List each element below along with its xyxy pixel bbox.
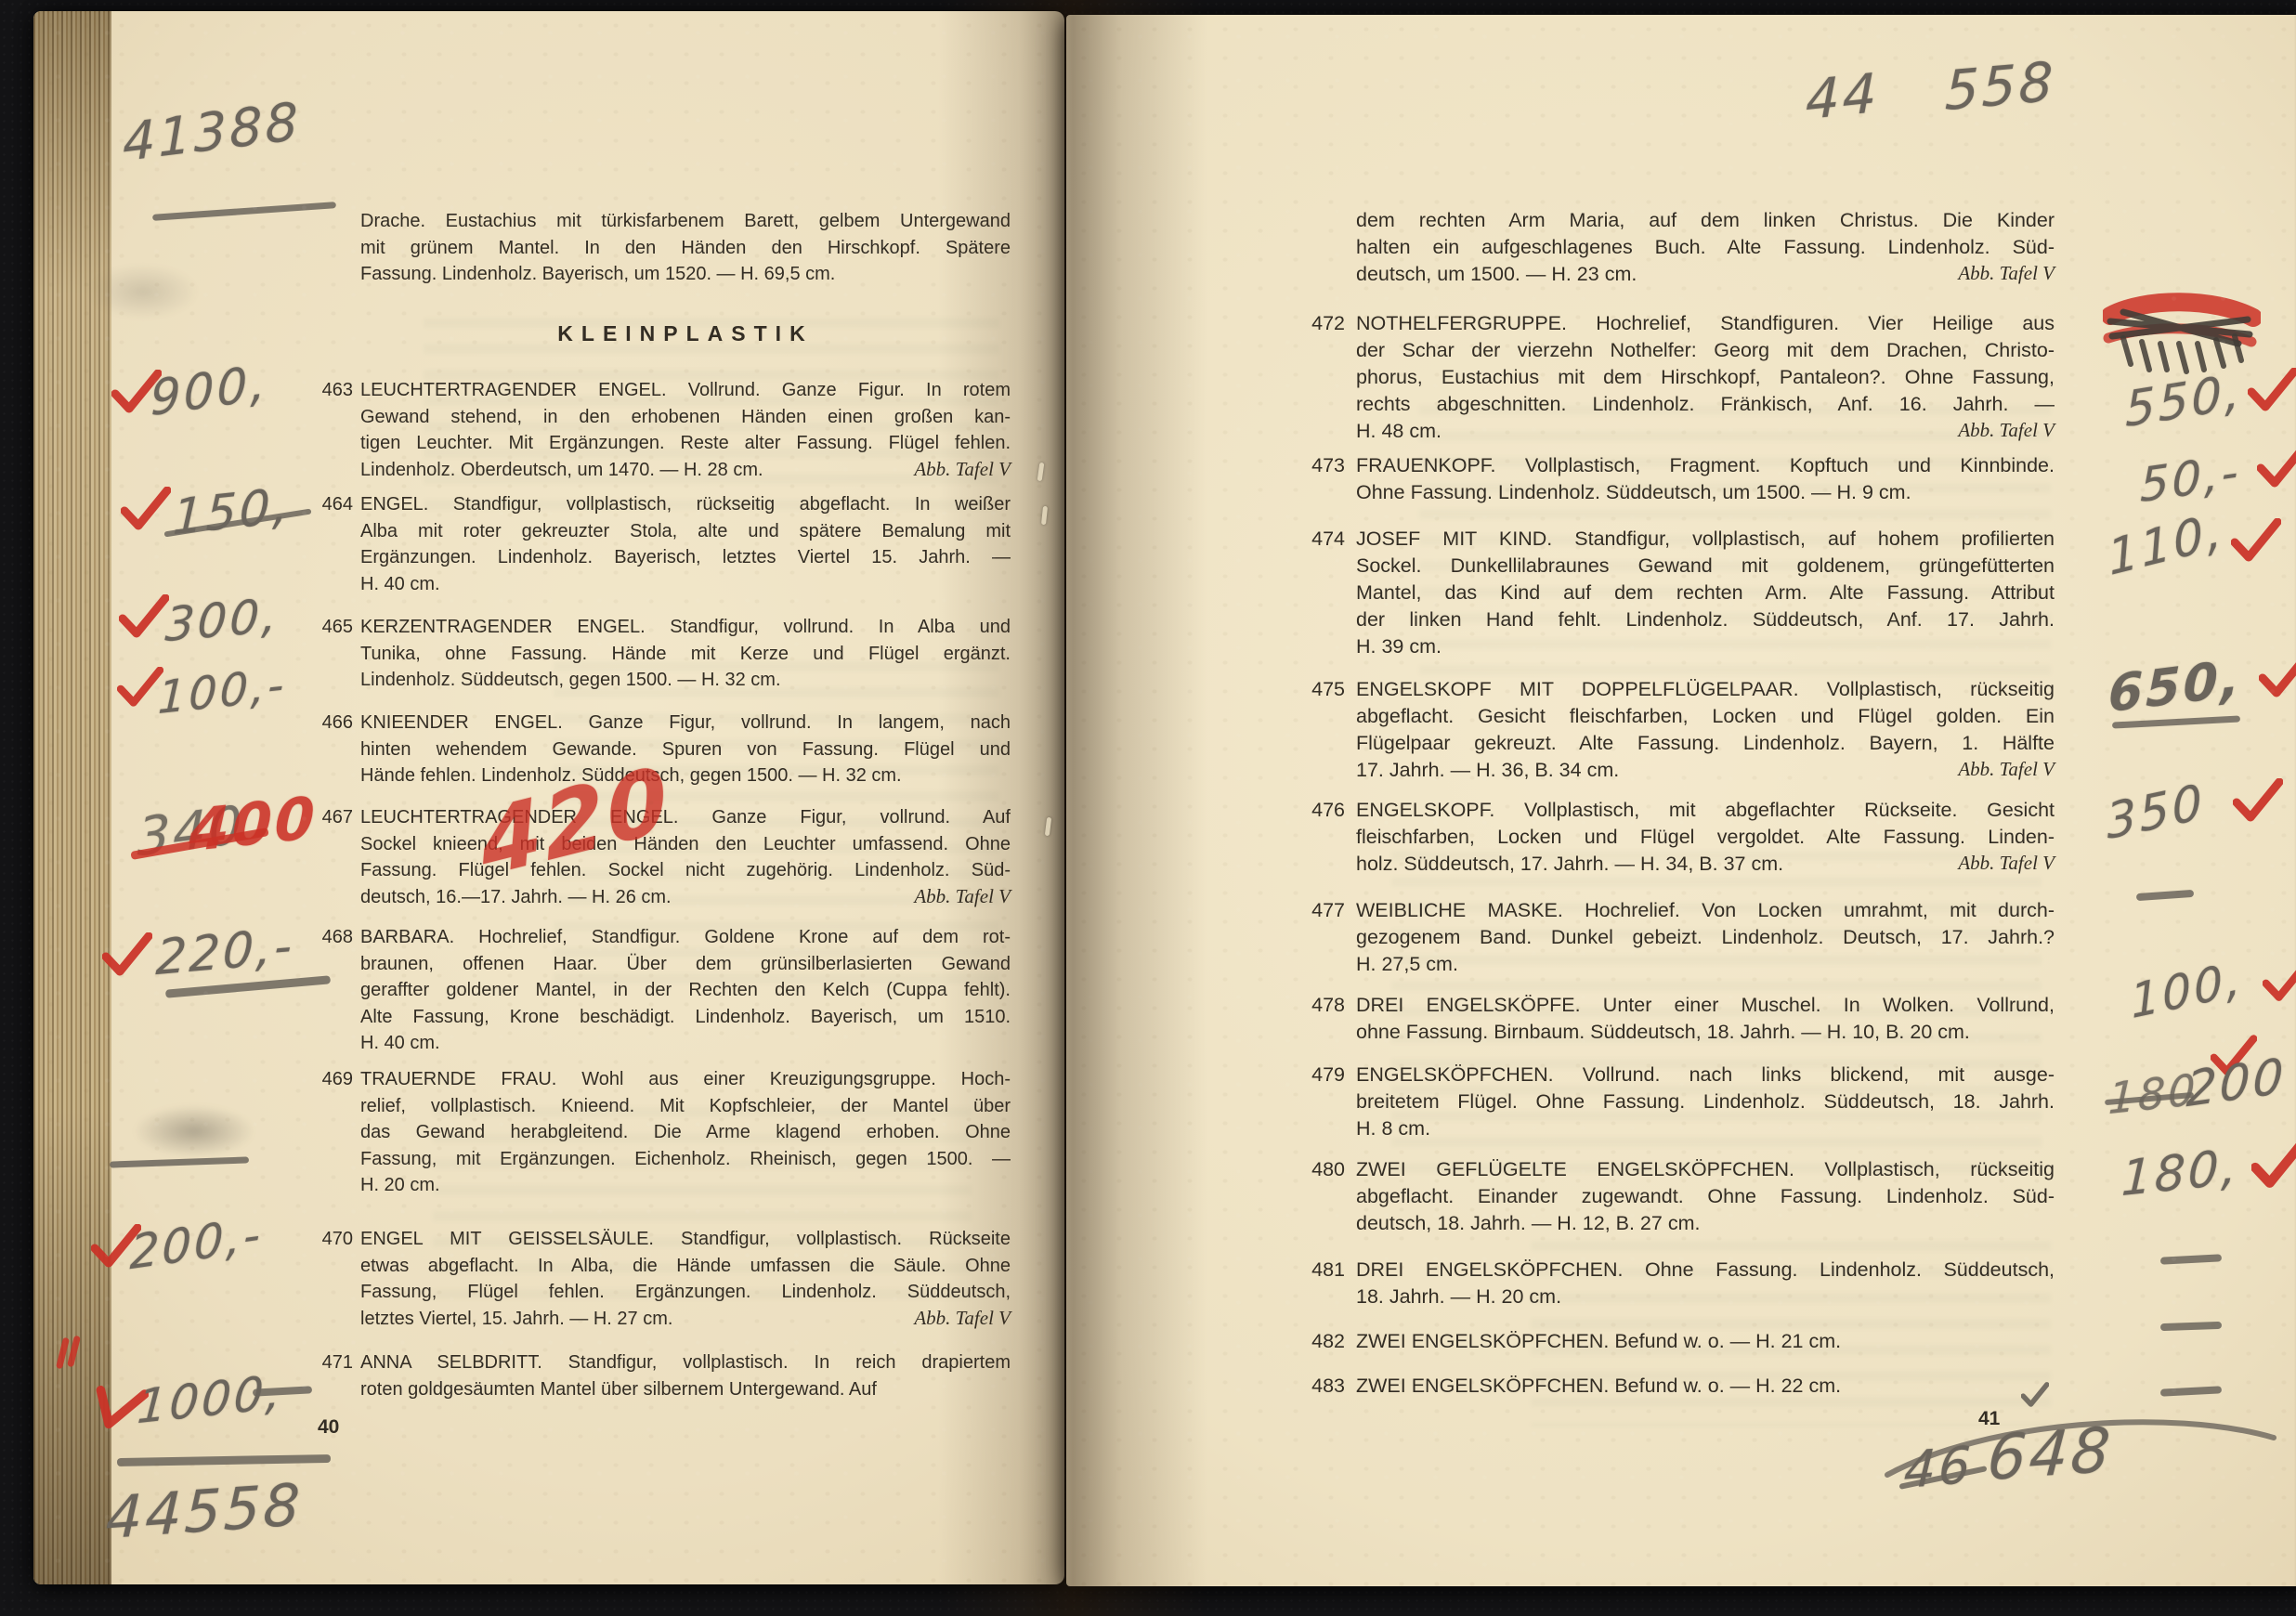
red-check-icon: [2231, 518, 2281, 563]
text-line: KERZENTRAGENDER ENGEL. Standfigur, vollr…: [360, 614, 1011, 641]
text-line: DREI ENGELSKÖPFE. Unter einer Muschel. I…: [1356, 992, 2055, 1019]
catalog-item: 473 FRAUENKOPF. Vollplastisch, Fragment.…: [1356, 452, 2055, 506]
item-lines: WEIBLICHE MASKE. Hochrelief. Von Locken …: [1356, 897, 2055, 978]
catalog-item: 466 KNIEENDER ENGEL. Ganze Figur, vollru…: [360, 710, 1011, 789]
plate-reference: Abb. Tafel V: [1958, 756, 2055, 783]
handwritten-total-old: 46: [1902, 1435, 1975, 1500]
handwritten-price: 100,-: [157, 658, 287, 724]
item-lines: ZWEI ENGELSKÖPFCHEN. Befund w. o. — H. 2…: [1356, 1373, 2055, 1400]
text-line: abgeflacht. Gesicht fleischfarben, Locke…: [1356, 703, 2055, 730]
text-line: H. 20 cm.: [360, 1172, 1011, 1199]
text-line: Mantel, das Kind auf dem rechten Arm. Al…: [1356, 580, 2055, 606]
text-line: ENGELSKOPF. Vollplastisch, mit abgeflach…: [1356, 797, 2055, 824]
red-check-icon: [117, 667, 163, 708]
text-line: phorus, Eustachius mit dem Hirschkopf, P…: [1356, 364, 2055, 391]
catalog-item: 481 DREI ENGELSKÖPFCHEN. Ohne Fassung. L…: [1356, 1257, 2055, 1310]
pencil-underline: [152, 202, 336, 221]
text-line: ZWEI ENGELSKÖPFCHEN. Befund w. o. — H. 2…: [1356, 1373, 2055, 1400]
text-line: ZWEI GEFLÜGELTE ENGELSKÖPFCHEN. Vollplas…: [1356, 1156, 2055, 1183]
catalog-item: 463 LEUCHTERTRAGENDER ENGEL. Vollrund. G…: [360, 377, 1011, 483]
text-line: fleischfarben, Locken und Flügel vergold…: [1356, 824, 2055, 851]
text-line: TRAUERNDE FRAU. Wohl aus einer Kreuzigun…: [360, 1066, 1011, 1093]
catalog-item: 483 ZWEI ENGELSKÖPFCHEN. Befund w. o. — …: [1356, 1373, 2055, 1400]
text-line: dem rechten Arm Maria, auf dem linken Ch…: [1356, 207, 2055, 234]
text-line: holz. Süddeutsch, 17. Jahrh. — H. 34, B.…: [1356, 851, 2055, 878]
text-line: etwas abgeflacht. In Alba, die Hände umf…: [360, 1253, 1011, 1280]
text-line: deutsch, um 1500. — H. 23 cm.: [1356, 261, 2055, 288]
catalog-item: 471 ANNA SELBDRITT. Standfigur, vollplas…: [360, 1349, 1011, 1402]
item-lines: BARBARA. Hochrelief, Standfigur. Goldene…: [360, 924, 1011, 1057]
text-line: Lindenholz. Oberdeutsch, um 1470. — H. 2…: [360, 457, 1011, 484]
item-number: 471: [308, 1349, 353, 1376]
text-line: H. 48 cm.: [1356, 418, 2055, 445]
item-lines: JOSEF MIT KIND. Standfigur, vollplastisc…: [1356, 526, 2055, 660]
intro-paragraph: dem rechten Arm Maria, auf dem linken Ch…: [1356, 207, 2055, 288]
item-number: 470: [308, 1226, 353, 1253]
text-line: mit grünem Mantel. In den Händen den Hir…: [360, 235, 1011, 262]
item-number: 475: [1297, 676, 1345, 703]
erased-pencil-smudge: [134, 1105, 254, 1157]
text-line: DREI ENGELSKÖPFCHEN. Ohne Fassung. Linde…: [1356, 1257, 2055, 1284]
text-line: H. 8 cm.: [1356, 1115, 2055, 1142]
catalog-item: 476 ENGELSKOPF. Vollplastisch, mit abgef…: [1356, 797, 2055, 878]
item-number: 474: [1297, 526, 1345, 553]
text-line: abgeflacht. Einander zugewandt. Ohne Fas…: [1356, 1183, 2055, 1210]
section-title: KLEINPLASTIK: [360, 321, 1011, 346]
text-line: der Schar der vierzehn Nothelfer: Georg …: [1356, 337, 2055, 364]
text-line: ENGEL MIT GEISSELSÄULE. Standfigur, voll…: [360, 1226, 1011, 1253]
text-line: BARBARA. Hochrelief, Standfigur. Goldene…: [360, 924, 1011, 951]
catalog-item: 482 ZWEI ENGELSKÖPFCHEN. Befund w. o. — …: [1356, 1328, 2055, 1355]
catalog-item: 465 KERZENTRAGENDER ENGEL. Standfigur, v…: [360, 614, 1011, 694]
pencil-dash: [2136, 890, 2194, 901]
red-check-icon: [102, 932, 152, 977]
text-line: H. 27,5 cm.: [1356, 951, 2055, 978]
item-lines: TRAUERNDE FRAU. Wohl aus einer Kreuzigun…: [360, 1066, 1011, 1199]
text-line: Lindenholz. Süddeutsch, gegen 1500. — H.…: [360, 667, 1011, 694]
text-line: ENGEL. Standfigur, vollplastisch, rückse…: [360, 491, 1011, 518]
handwritten-price-new: 200: [2185, 1048, 2287, 1118]
item-lines: DREI ENGELSKÖPFE. Unter einer Muschel. I…: [1356, 992, 2055, 1046]
right-page: dem rechten Arm Maria, auf dem linken Ch…: [1066, 15, 2296, 1586]
item-number: 463: [308, 377, 353, 404]
catalog-item: 480 ZWEI GEFLÜGELTE ENGELSKÖPFCHEN. Voll…: [1356, 1156, 2055, 1237]
item-number: 478: [1297, 992, 1345, 1019]
text-line: Sockel. Dunkellilabraunes Gewand mit gol…: [1356, 553, 2055, 580]
left-page: Drache. Eustachius mit türkisfarbenem Ba…: [33, 11, 1064, 1584]
handwritten-total: 44558: [105, 1470, 304, 1552]
handwritten-price: 200,-: [129, 1206, 264, 1280]
text-line: das Gewand herabgleitend. Die Arme klage…: [360, 1119, 1011, 1146]
handwritten-price: 180,: [2120, 1139, 2240, 1207]
item-lines: ZWEI ENGELSKÖPFCHEN. Befund w. o. — H. 2…: [1356, 1328, 2055, 1355]
item-number: 480: [1297, 1156, 1345, 1183]
text-line: Alba mit roter gekreuzter Stola, alte un…: [360, 518, 1011, 545]
item-number: 479: [1297, 1062, 1345, 1088]
text-line: Hände fehlen. Lindenholz. Süddeutsch, ge…: [360, 762, 1011, 789]
text-line: Fassung. Lindenholz. Bayerisch, um 1520.…: [360, 261, 1011, 288]
pencil-dash: [2160, 1254, 2222, 1264]
item-lines: LEUCHTERTRAGENDER ENGEL. Vollrund. Ganze…: [360, 377, 1011, 483]
handwritten-price: 50,-: [2140, 444, 2240, 513]
pencil-underline: [110, 1156, 249, 1167]
text-line: gezogenem Band. Dunkel gebeizt. Lindenho…: [1356, 924, 2055, 951]
item-number: 464: [308, 491, 353, 518]
text-line: 18. Jahrh. — H. 20 cm.: [1356, 1284, 2055, 1310]
text-line: ANNA SELBDRITT. Standfigur, vollplastisc…: [360, 1349, 1011, 1376]
text-line: halten ein aufgeschlagenes Buch. Alte Fa…: [1356, 234, 2055, 261]
text-line: deutsch, 18. Jahrh. — H. 12, B. 27 cm.: [1356, 1210, 2055, 1237]
text-line: roten goldgesäumten Mantel über silberne…: [360, 1376, 1011, 1403]
text-line: breitetem Flügel. Ohne Fassung. Lindenho…: [1356, 1088, 2055, 1115]
text-line: H. 39 cm.: [1356, 633, 2055, 660]
item-lines: ENGELSKOPF MIT DOPPELFLÜGELPAAR. Vollpla…: [1356, 676, 2055, 784]
item-lines: KERZENTRAGENDER ENGEL. Standfigur, vollr…: [360, 614, 1011, 694]
handwritten-price: 1000,: [136, 1364, 285, 1434]
text-line: Ohne Fassung. Lindenholz. Süddeutsch, um…: [1356, 479, 2055, 506]
plate-reference: Abb. Tafel V: [1958, 260, 2055, 287]
text-line: Drache. Eustachius mit türkisfarbenem Ba…: [360, 208, 1011, 235]
text-line: H. 40 cm.: [360, 1030, 1011, 1057]
handwritten-price: 900,: [150, 355, 268, 427]
text-line: FRAUENKOPF. Vollplastisch, Fragment. Kop…: [1356, 452, 2055, 479]
paragraph-lines: dem rechten Arm Maria, auf dem linken Ch…: [1356, 207, 2055, 288]
text-line: deutsch, 16.—17. Jahrh. — H. 26 cm.: [360, 884, 1011, 911]
plate-reference: Abb. Tafel V: [914, 883, 1011, 910]
catalog-item: 464 ENGEL. Standfigur, vollplastisch, rü…: [360, 491, 1011, 597]
handwritten-total-new: 648: [1985, 1414, 2115, 1494]
red-check-icon: [2248, 368, 2296, 412]
text-line: 17. Jahrh. — H. 36, B. 34 cm.: [1356, 757, 2055, 784]
text-line: LEUCHTERTRAGENDER ENGEL. Ganze Figur, vo…: [360, 804, 1011, 831]
red-check-icon: [119, 594, 169, 639]
text-line: Ergänzungen. Lindenholz. Bayerisch, letz…: [360, 544, 1011, 571]
catalog-item: 477 WEIBLICHE MASKE. Hochrelief. Von Loc…: [1356, 897, 2055, 978]
item-lines: ENGEL MIT GEISSELSÄULE. Standfigur, voll…: [360, 1226, 1011, 1332]
handwritten-lot-number: 44: [1806, 60, 1879, 132]
item-lines: LEUCHTERTRAGENDER ENGEL. Ganze Figur, vo…: [360, 804, 1011, 910]
catalog-item: 474 JOSEF MIT KIND. Standfigur, vollplas…: [1356, 526, 2055, 660]
item-number: 473: [1297, 452, 1345, 479]
intro-paragraph: Drache. Eustachius mit türkisfarbenem Ba…: [360, 208, 1011, 288]
text-line: ZWEI ENGELSKÖPFCHEN. Befund w. o. — H. 2…: [1356, 1328, 2055, 1355]
plate-reference: Abb. Tafel V: [914, 456, 1011, 483]
text-line: tigen Leuchter. Mit Ergänzungen. Reste a…: [360, 430, 1011, 457]
handwritten-price: 650,: [2107, 648, 2242, 723]
text-line: Tunika, ohne Fassung. Hände mit Kerze un…: [360, 641, 1011, 668]
text-line: LEUCHTERTRAGENDER ENGEL. Vollrund. Ganze…: [360, 377, 1011, 404]
item-lines: FRAUENKOPF. Vollplastisch, Fragment. Kop…: [1356, 452, 2055, 506]
text-line: rechts abgeschnitten. Lindenholz. Fränki…: [1356, 391, 2055, 418]
item-number: 468: [308, 924, 353, 951]
text-line: Fassung, mit Ergänzungen. Eichenholz. Rh…: [360, 1146, 1011, 1173]
catalog-item: 475 ENGELSKOPF MIT DOPPELFLÜGELPAAR. Vol…: [1356, 676, 2055, 784]
text-line: Alte Fassung, Krone beschädigt. Lindenho…: [360, 1004, 1011, 1031]
handwritten-inventory-number: 41388: [122, 91, 301, 174]
text-line: WEIBLICHE MASKE. Hochrelief. Von Locken …: [1356, 897, 2055, 924]
text-line: H. 40 cm.: [360, 571, 1011, 598]
text-line: ENGELSKOPF MIT DOPPELFLÜGELPAAR. Vollpla…: [1356, 676, 2055, 703]
red-check-icon: [121, 487, 171, 531]
item-lines: ENGELSKÖPFCHEN. Vollrund. nach links bli…: [1356, 1062, 2055, 1142]
item-number: 481: [1297, 1257, 1345, 1284]
handwritten-price: 110,: [2106, 502, 2226, 587]
red-check-icon: [2251, 1142, 2296, 1189]
text-line: Fassung. Flügel fehlen. Sockel nicht zug…: [360, 857, 1011, 884]
pencil-dash: [2160, 1322, 2222, 1331]
erased-pencil-smudge: [87, 264, 199, 319]
item-number: 483: [1297, 1373, 1345, 1400]
catalog-item: 479 ENGELSKÖPFCHEN. Vollrund. nach links…: [1356, 1062, 2055, 1142]
item-number: 476: [1297, 797, 1345, 824]
text-line: Fassung, Flügel fehlen. Ergänzungen. Lin…: [360, 1279, 1011, 1306]
red-check-icon: [2259, 654, 2296, 698]
pencil-dash: [2160, 1386, 2222, 1396]
text-line: NOTHELFERGRUPPE. Hochrelief, Standfigure…: [1356, 310, 2055, 337]
catalog-item: 478 DREI ENGELSKÖPFE. Unter einer Musche…: [1356, 992, 2055, 1046]
text-line: Sockel knieend, mit beiden Händen den Le…: [360, 831, 1011, 858]
item-number: 482: [1297, 1328, 1345, 1355]
text-line: geraffter goldener Mantel, in der Rechte…: [360, 977, 1011, 1004]
handwritten-price: 220,-: [154, 919, 295, 987]
plate-reference: Abb. Tafel V: [1958, 417, 2055, 444]
item-number: 465: [308, 614, 353, 641]
catalog-item: 469 TRAUERNDE FRAU. Wohl aus einer Kreuz…: [360, 1066, 1011, 1199]
text-line: der linken Hand fehlt. Lindenholz. Südde…: [1356, 606, 2055, 633]
text-line: ohne Fassung. Birnbaum. Süddeutsch, 18. …: [1356, 1019, 2055, 1046]
paragraph-lines: Drache. Eustachius mit türkisfarbenem Ba…: [360, 208, 1011, 288]
text-line: KNIEENDER ENGEL. Ganze Figur, vollrund. …: [360, 710, 1011, 736]
item-number: 469: [308, 1066, 353, 1093]
pencil-underline: [117, 1454, 331, 1466]
item-number: 466: [308, 710, 353, 736]
catalog-item: 467 LEUCHTERTRAGENDER ENGEL. Ganze Figur…: [360, 804, 1011, 910]
text-line: Gewand stehend, in den erhobenen Händen …: [360, 404, 1011, 431]
catalog-item: 468 BARBARA. Hochrelief, Standfigur. Gol…: [360, 924, 1011, 1057]
handwritten-total-number: 558: [1944, 49, 2055, 123]
red-check-icon: [2263, 960, 2296, 1003]
item-lines: ENGELSKOPF. Vollplastisch, mit abgeflach…: [1356, 797, 2055, 878]
text-line: braunen, offenen Haar. Über dem grünsilb…: [360, 951, 1011, 978]
catalog-item: 470 ENGEL MIT GEISSELSÄULE. Standfigur, …: [360, 1226, 1011, 1332]
text-line: ENGELSKÖPFCHEN. Vollrund. nach links bli…: [1356, 1062, 2055, 1088]
plate-reference: Abb. Tafel V: [914, 1305, 1011, 1332]
text-line: relief, vollplastisch. Knieend. Mit Kopf…: [360, 1093, 1011, 1120]
item-lines: DREI ENGELSKÖPFCHEN. Ohne Fassung. Linde…: [1356, 1257, 2055, 1310]
item-lines: KNIEENDER ENGEL. Ganze Figur, vollrund. …: [360, 710, 1011, 789]
catalog-item: 472 NOTHELFERGRUPPE. Hochrelief, Standfi…: [1356, 310, 2055, 445]
item-number: 477: [1297, 897, 1345, 924]
text-line: JOSEF MIT KIND. Standfigur, vollplastisc…: [1356, 526, 2055, 553]
handwritten-price-new: 400: [189, 783, 319, 865]
item-lines: ANNA SELBDRITT. Standfigur, vollplastisc…: [360, 1349, 1011, 1402]
red-check-icon: [2257, 444, 2296, 489]
page-number: 40: [318, 1416, 339, 1439]
handwritten-price: 100,: [2129, 951, 2245, 1029]
item-lines: ENGEL. Standfigur, vollplastisch, rückse…: [360, 491, 1011, 597]
item-lines: ZWEI GEFLÜGELTE ENGELSKÖPFCHEN. Vollplas…: [1356, 1156, 2055, 1237]
book-photo: Drache. Eustachius mit türkisfarbenem Ba…: [0, 0, 2296, 1616]
text-line: hinten wehendem Gewande. Spuren von Fass…: [360, 736, 1011, 763]
handwritten-price: 150,: [172, 477, 292, 546]
red-check-icon: [2233, 778, 2283, 823]
item-lines: NOTHELFERGRUPPE. Hochrelief, Standfigure…: [1356, 310, 2055, 445]
item-number: 472: [1297, 310, 1345, 337]
text-line: letztes Viertel, 15. Jahrh. — H. 27 cm.: [360, 1306, 1011, 1333]
text-line: Flügelpaar gekreuzt. Alte Fassung. Linde…: [1356, 730, 2055, 757]
plate-reference: Abb. Tafel V: [1958, 850, 2055, 877]
handwritten-price: 300,: [163, 588, 280, 652]
handwritten-price: 350: [2105, 774, 2207, 851]
